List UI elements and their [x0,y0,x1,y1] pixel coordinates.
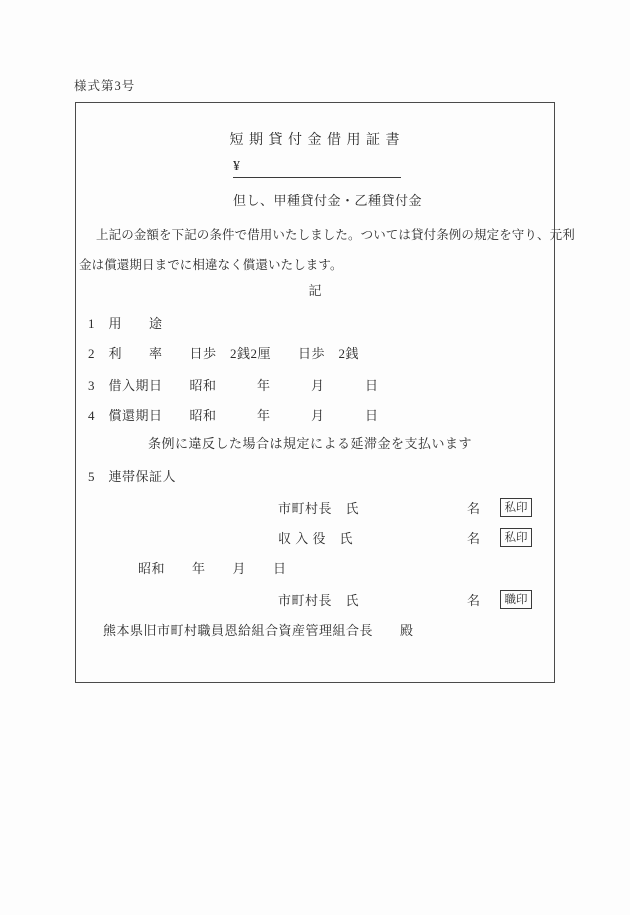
list-item-purpose: 1 用 途 [88,314,163,334]
body-paragraph-line-1: 上記の金額を下記の条件で借用いたしました。ついては貸付条例の規定を守り、元利 [79,225,575,245]
list-item-interest-rate: 2 利 率 日歩 2銭2厘 日歩 2銭 [88,344,359,364]
private-seal-box: 私印 [500,498,532,517]
list-item-guarantor: 5 連帯保証人 [88,467,176,487]
signature-row-mayor: 市町村長 氏 名 私印 [76,498,554,520]
signature-role-label: 市町村長 氏 [278,499,359,519]
signature-role-label: 収 入 役 氏 [278,529,353,549]
document-frame: 短 期 貸 付 金 借 用 証 書 ¥ 但し、甲種貸付金・乙種貸付金 上記の金額… [75,102,555,683]
private-seal-box: 私印 [500,528,532,547]
yen-symbol: ¥ [233,159,240,174]
signature-name-label: 名 [467,529,480,549]
list-item-repayment-date: 4 償還期日 昭和 年 月 日 [88,406,379,426]
proviso-line: 但し、甲種貸付金・乙種貸付金 [233,191,422,211]
date-blank-line: 昭和 年 月 日 [138,559,287,579]
form-number-label: 様式第3号 [74,78,135,94]
list-item-borrow-date: 3 借入期日 昭和 年 月 日 [88,376,379,396]
signature-role-label: 市町村長 氏 [278,591,359,611]
official-seal-box: 職印 [500,590,532,609]
document-title: 短 期 貸 付 金 借 用 証 書 [76,131,554,151]
amount-blank-field: ¥ [233,157,401,178]
signature-name-label: 名 [467,499,480,519]
penalty-note: 条例に違反した場合は規定による延滞金を支払います [148,434,472,454]
signature-row-mayor-official: 市町村長 氏 名 職印 [76,590,554,612]
record-heading: 記 [76,281,554,301]
signature-name-label: 名 [467,591,480,611]
addressee-line: 熊本県旧市町村職員恩給組合資産管理組合長 殿 [103,621,414,641]
signature-row-treasurer: 収 入 役 氏 名 私印 [76,528,554,550]
document-page: 様式第3号 短 期 貸 付 金 借 用 証 書 ¥ 但し、甲種貸付金・乙種貸付金… [0,0,630,915]
body-paragraph-line-2: 金は償還期日までに相違なく償還いたします。 [79,255,343,275]
